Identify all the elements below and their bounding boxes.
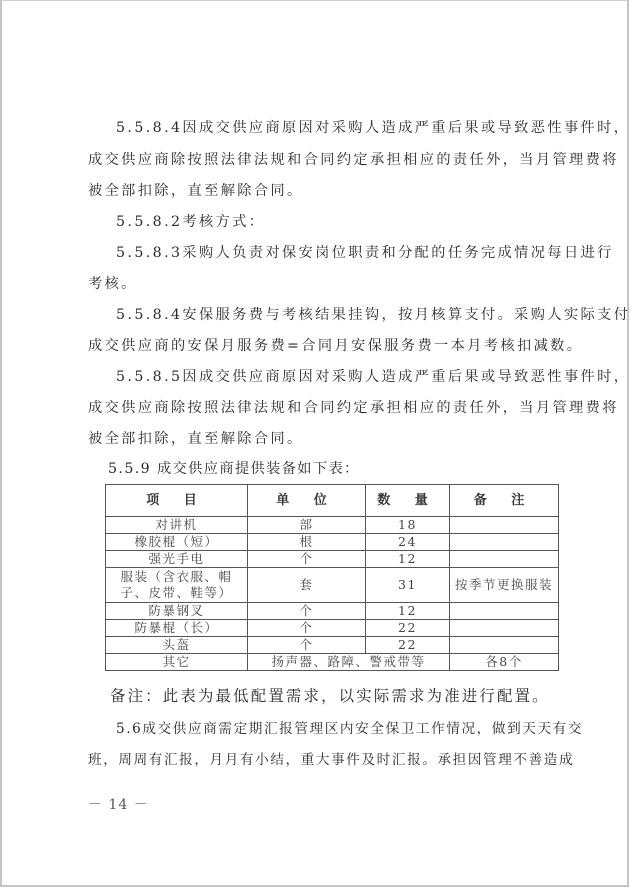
cell-unit: 个 — [248, 637, 366, 654]
table-row: 对讲机 部 18 — [106, 517, 559, 534]
table-row: 防暴钢叉 个 12 — [106, 603, 559, 620]
heading-5-5-8-2: 5.5.8.2考核方式： — [116, 212, 586, 232]
cell-quantity: 24 — [366, 534, 450, 551]
cell-quantity: 31 — [366, 568, 450, 603]
cell-remark: 按季节更换服装 — [450, 568, 559, 603]
cell-remark — [450, 603, 559, 620]
table-caption: 5.5.9 成交供应商提供装备如下表： — [108, 459, 578, 479]
cell-item: 头盔 — [106, 637, 248, 654]
cell-unit: 套 — [248, 568, 366, 603]
cell-item: 防暴钢叉 — [106, 603, 248, 620]
table-row: 强光手电 个 12 — [106, 551, 559, 568]
table-row: 橡胶棍（短） 根 24 — [106, 534, 559, 551]
cell-unit: 部 — [248, 517, 366, 534]
document-page: 5.5.8.4因成交供应商原因对采购人造成严重后果或导致恶性事件时， 成交供应商… — [0, 0, 629, 887]
cell-quantity: 12 — [366, 551, 450, 568]
table-header-row: 项 目 单 位 数 量 备 注 — [106, 485, 559, 517]
cell-quantity: 18 — [366, 517, 450, 534]
paragraph-5-5-8-5-line3: 被全部扣除，直至解除合同。 — [88, 429, 558, 449]
table-row: 头盔 个 22 — [106, 637, 559, 654]
cell-remark — [450, 517, 559, 534]
paragraph-5-6-line1: 5.6成交供应商需定期汇报管理区内安全保卫工作情况，做到天天有交 — [116, 719, 586, 739]
paragraph-5-5-8-5-line1: 5.5.8.5因成交供应商原因对采购人造成严重后果或导致恶性事件时， — [116, 367, 586, 387]
table-note: 备注：此表为最低配置需求，以实际需求为准进行配置。 — [110, 686, 580, 706]
paragraph-5-5-8-5-line2: 成交供应商除按照法律法规和合同约定承担相应的责任外，当月管理费将 — [88, 398, 558, 418]
table-row: 服装（含衣服、帽子、皮带、鞋等） 套 31 按季节更换服装 — [106, 568, 559, 603]
equipment-table: 项 目 单 位 数 量 备 注 对讲机 部 18 橡胶棍（短） 根 24 强光手… — [105, 484, 559, 671]
cell-quantity: 22 — [366, 637, 450, 654]
cell-unit: 个 — [248, 603, 366, 620]
paragraph-5-5-8-4b-line1: 5.5.8.4安保服务费与考核结果挂钩，按月核算支付。采购人实际支付 — [116, 305, 586, 325]
cell-unit: 个 — [248, 551, 366, 568]
cell-quantity: 22 — [366, 620, 450, 637]
paragraph-5-6-line2: 班，周周有汇报，月月有小结，重大事件及时汇报。承担因管理不善造成 — [88, 750, 558, 770]
cell-quantity: 12 — [366, 603, 450, 620]
table-row-other: 其它 扬声器、路障、警戒带等 各8个 — [106, 654, 559, 671]
cell-remark — [450, 534, 559, 551]
paragraph-5-5-8-3-line1: 5.5.8.3采购人负责对保安岗位职责和分配的任务完成情况每日进行 — [116, 243, 586, 263]
page-number: － 14 － — [88, 794, 149, 814]
paragraph-5-5-8-4-line3: 被全部扣除，直至解除合同。 — [88, 181, 558, 201]
cell-item: 对讲机 — [106, 517, 248, 534]
cell-item: 强光手电 — [106, 551, 248, 568]
cell-remark — [450, 637, 559, 654]
cell-item: 其它 — [106, 654, 248, 671]
header-item: 项 目 — [106, 485, 248, 517]
paragraph-5-5-8-3-line2: 考核。 — [88, 274, 558, 294]
cell-item: 服装（含衣服、帽子、皮带、鞋等） — [106, 568, 248, 603]
cell-remark — [450, 620, 559, 637]
cell-remark — [450, 551, 559, 568]
cell-unit: 根 — [248, 534, 366, 551]
header-unit: 单 位 — [248, 485, 366, 517]
paragraph-5-5-8-4-line2: 成交供应商除按照法律法规和合同约定承担相应的责任外，当月管理费将 — [88, 150, 558, 170]
cell-merged-unit-quantity: 扬声器、路障、警戒带等 — [248, 654, 450, 671]
header-remark: 备 注 — [450, 485, 559, 517]
cell-remark: 各8个 — [450, 654, 559, 671]
table-row: 防暴棍（长） 个 22 — [106, 620, 559, 637]
cell-item: 防暴棍（长） — [106, 620, 248, 637]
paragraph-5-5-8-4b-line2: 成交供应商的安保月服务费=合同月安保服务费一本月考核扣减数。 — [88, 336, 558, 356]
cell-item: 橡胶棍（短） — [106, 534, 248, 551]
paragraph-5-5-8-4-line1: 5.5.8.4因成交供应商原因对采购人造成严重后果或导致恶性事件时， — [116, 118, 586, 138]
header-quantity: 数 量 — [366, 485, 450, 517]
cell-unit: 个 — [248, 620, 366, 637]
